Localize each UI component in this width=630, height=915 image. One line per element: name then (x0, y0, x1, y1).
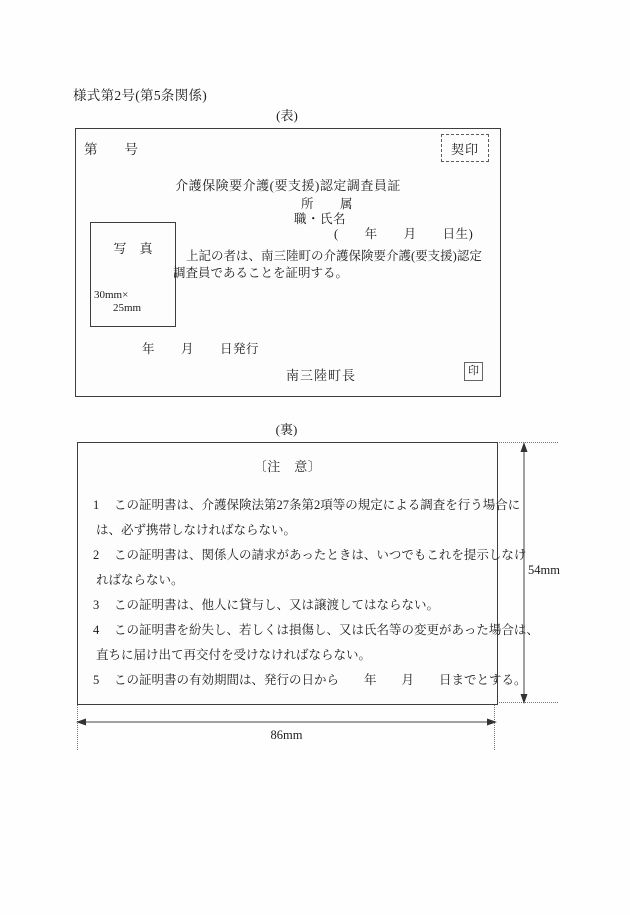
notice-item-number: 4 (93, 618, 99, 643)
certificate-title: 介護保険要介護(要支援)認定調査員証 (76, 175, 500, 194)
issue-date-line: 年 月 日発行 (142, 339, 259, 357)
document-page: 様式第2号(第5条関係) (表) 第 号 契印 介護保険要介護(要支援)認定調査… (0, 0, 630, 915)
statement-line-2: 調査員であることを証明する。 (173, 265, 508, 282)
notice-item-number: 1 (93, 493, 99, 518)
notice-item-1: 1 この証明書は、介護保険法第27条第2項等の規定による調査を行う場合に (78, 493, 497, 518)
tally-seal-box: 契印 (441, 134, 489, 162)
photo-box: 写 真 30mm× 25mm (90, 222, 176, 327)
notice-item-text: この証明書は、介護保険法第27条第2項等の規定による調査を行う場合に (114, 498, 520, 512)
notice-heading: 〔注 意〕 (78, 456, 497, 475)
notice-item-number: 3 (93, 593, 99, 618)
official-seal-placeholder: 印 (464, 362, 483, 381)
statement-line-1: 上記の者は、南三陸町の介護保険要介護(要支援)認定 (173, 248, 508, 265)
notice-item-2-continuation: ればならない。 (78, 568, 497, 593)
width-dimension-label: 86mm (77, 728, 496, 743)
notice-item-text: この証明書は、他人に貸与し、又は譲渡してはならない。 (114, 598, 439, 612)
notice-item-4: 4 この証明書を紛失し、若しくは損傷し、又は氏名等の変更があった場合は、 (78, 618, 497, 643)
notice-item-text: この証明書を紛失し、若しくは損傷し、又は氏名等の変更があった場合は、 (114, 623, 539, 637)
issuer-title: 南三陸町長 (286, 365, 356, 384)
seal-mark-label: 印 (468, 365, 479, 377)
notice-item-5: 5 この証明書の有効期間は、発行の日から 年 月 日までとする。 (78, 668, 497, 693)
notice-item-number: 5 (93, 668, 99, 693)
front-card: 第 号 契印 介護保険要介護(要支援)認定調査員証 所 属 職・氏名 ( 年 月… (75, 128, 501, 397)
notice-item-number: 2 (93, 543, 99, 568)
photo-size-width: 25mm (94, 302, 141, 315)
certification-statement: 上記の者は、南三陸町の介護保険要介護(要支援)認定 調査員であることを証明する。 (173, 248, 508, 282)
notice-item-text: この証明書は、関係人の請求があったときは、いつでもこれを提示しなけ (114, 548, 526, 562)
photo-size-height: 30mm× (94, 289, 141, 302)
notice-item-text: この証明書の有効期間は、発行の日から 年 月 日までとする。 (114, 673, 527, 687)
height-dimension-label: 54mm (528, 563, 560, 578)
notice-item-2: 2 この証明書は、関係人の請求があったときは、いつでもこれを提示しなけ (78, 543, 497, 568)
notice-item-4-continuation: 直ちに届け出て再交付を受けなければならない。 (78, 643, 497, 668)
notice-list: 1 この証明書は、介護保険法第27条第2項等の規定による調査を行う場合に は、必… (78, 493, 497, 693)
notice-item-3: 3 この証明書は、他人に貸与し、又は譲渡してはならない。 (78, 593, 497, 618)
back-card: 〔注 意〕 1 この証明書は、介護保険法第27条第2項等の規定による調査を行う場… (77, 442, 498, 705)
birthdate-field-line: ( 年 月 日生) (334, 224, 473, 242)
back-side-caption: (裏) (77, 419, 496, 438)
tally-seal-label: 契印 (451, 142, 479, 157)
front-side-caption: (表) (75, 105, 499, 124)
photo-label: 写 真 (91, 238, 175, 257)
certificate-number-line: 第 号 (84, 138, 138, 158)
notice-item-1-continuation: は、必ず携帯しなければならない。 (78, 518, 497, 543)
form-number-label: 様式第2号(第5条関係) (73, 84, 207, 104)
photo-size-note: 30mm× 25mm (94, 289, 141, 315)
